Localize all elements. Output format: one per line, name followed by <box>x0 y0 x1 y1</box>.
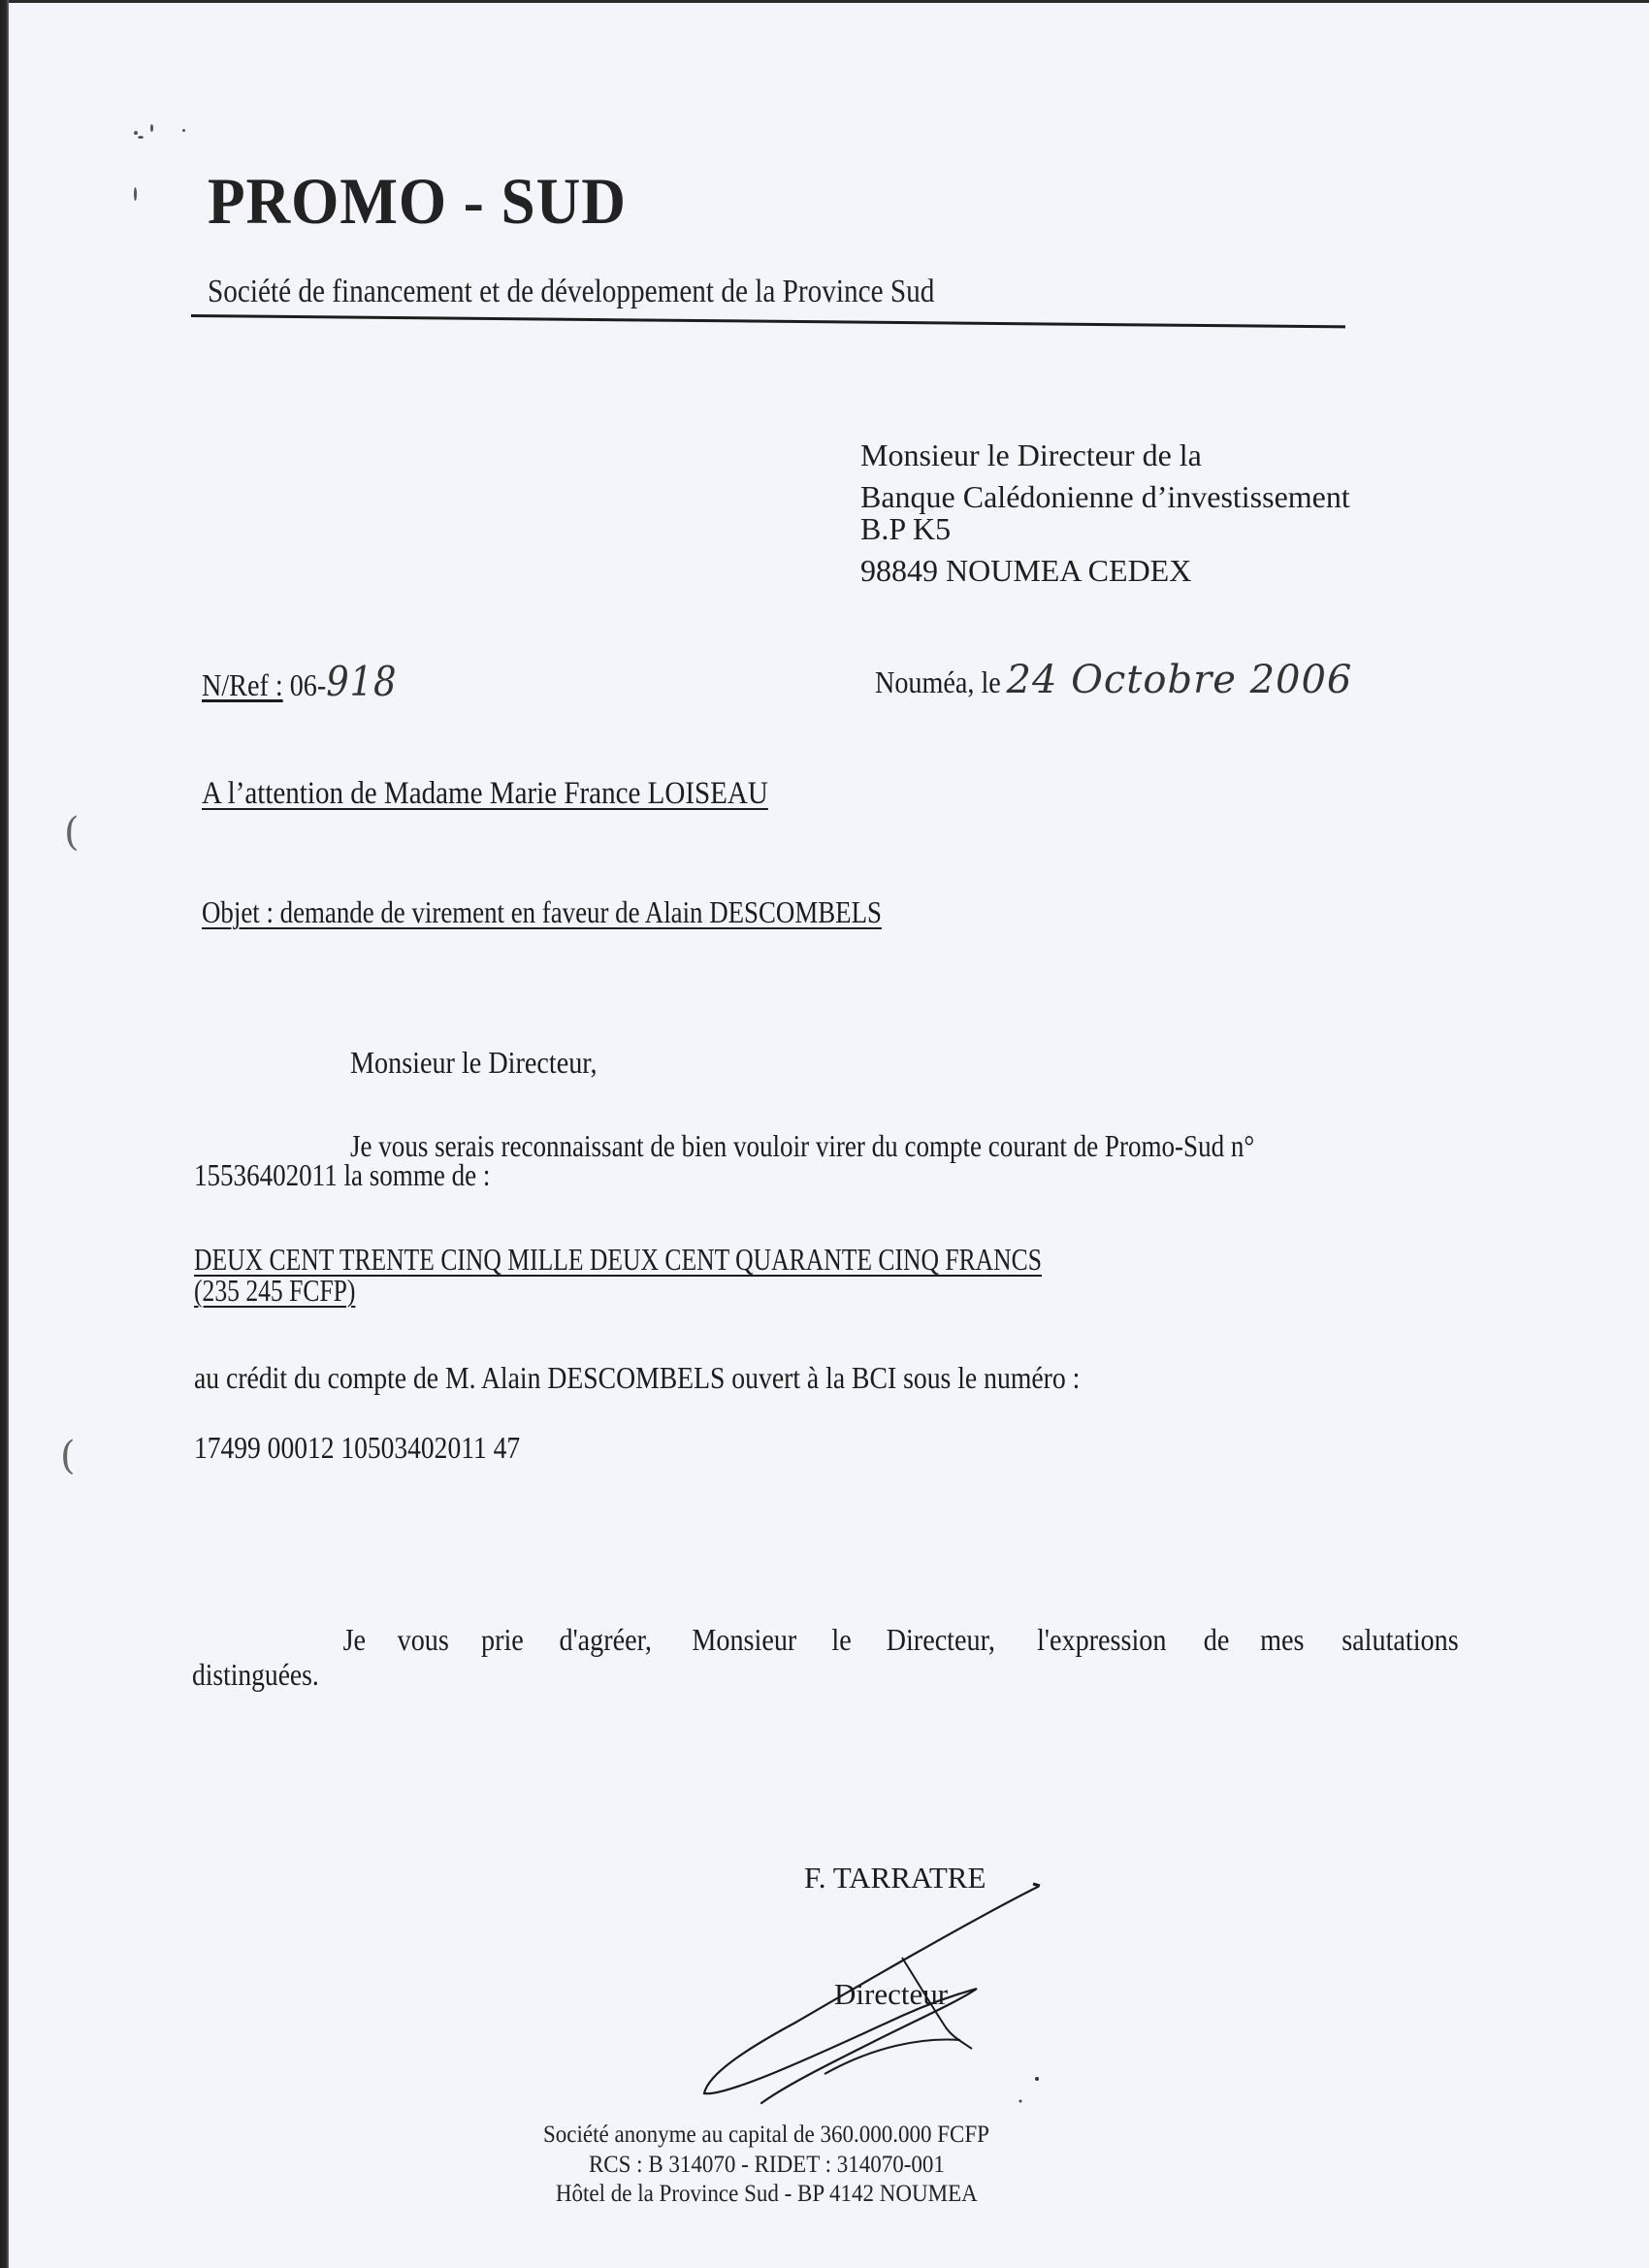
closing-word: Je <box>343 1622 366 1658</box>
date-prefix: Nouméa, le <box>875 664 1001 700</box>
company-name: PROMO - SUD <box>208 163 627 240</box>
company-tagline: Société de financement et de développeme… <box>208 274 934 310</box>
amount-in-figures: (235 245 FCFP) <box>194 1273 355 1309</box>
beneficiary-account-number: 17499 00012 10503402011 47 <box>194 1430 520 1466</box>
recipient-line: Banque Calédonienne d’investissement <box>860 479 1350 515</box>
closing-word: d'agréer, <box>560 1622 652 1658</box>
scan-speck <box>134 187 137 201</box>
date-line: Nouméa, le24 Octobre 2006 <box>875 658 1352 702</box>
margin-bracket-mark: ( <box>64 810 80 855</box>
scan-border-top <box>0 0 1649 3</box>
footer-line: RCS : B 314070 - RIDET : 314070-001 <box>0 2152 1533 2179</box>
salutation: Monsieur le Directeur, <box>350 1045 598 1081</box>
scan-speck <box>150 124 153 132</box>
reference-prefix: 06- <box>283 667 327 702</box>
closing-word: l'expression <box>1038 1622 1167 1658</box>
closing-word: Directeur, <box>886 1622 994 1658</box>
reference-handwritten-number: 918 <box>326 658 397 705</box>
attention-line: A l’attention de Madame Marie France LOI… <box>202 776 768 812</box>
closing-line: Jevouspried'agréer,MonsieurleDirecteur,l… <box>341 1622 1467 1658</box>
scan-speck <box>134 131 138 135</box>
footer-capital: Société anonyme au capital de 360.000.00… <box>543 2122 989 2149</box>
scan-speck <box>182 129 185 132</box>
recipient-line: 98849 NOUMEA CEDEX <box>860 553 1191 589</box>
handwritten-signature <box>679 1843 1115 2163</box>
closing-word: Monsieur <box>692 1622 796 1658</box>
footer-registration: RCS : B 314070 - RIDET : 314070-001 <box>589 2152 945 2179</box>
credit-line: au crédit du compte de M. Alain DESCOMBE… <box>194 1360 1080 1396</box>
header-rule <box>191 314 1345 328</box>
closing-word: salutations <box>1342 1622 1458 1658</box>
closing-word: mes <box>1260 1622 1304 1658</box>
subject-line: Objet : demande de virement en faveur de… <box>202 894 882 930</box>
margin-bracket-mark: ( <box>60 1434 76 1478</box>
closing-word: de <box>1204 1622 1230 1658</box>
reference: N/Ref : 06-918 <box>202 658 397 705</box>
closing-word: vous <box>397 1622 448 1658</box>
reference-label: N/Ref : <box>202 667 283 702</box>
footer-line: Hôtel de la Province Sud - BP 4142 NOUME… <box>0 2181 1533 2208</box>
scan-border-left <box>0 0 9 2268</box>
closing-word: le <box>831 1622 851 1658</box>
recipient-line: B.P K5 <box>860 511 951 547</box>
paragraph-line: 15536402011 la somme de : <box>194 1157 490 1193</box>
closing-word: prie <box>481 1622 524 1658</box>
footer-address: Hôtel de la Province Sud - BP 4142 NOUME… <box>556 2181 978 2208</box>
recipient-line: Monsieur le Directeur de la <box>860 437 1202 473</box>
closing-line: distinguées. <box>192 1657 319 1693</box>
date-handwritten: 24 Octobre 2006 <box>1007 658 1353 702</box>
scan-speck <box>138 136 144 139</box>
footer-line: Société anonyme au capital de 360.000.00… <box>0 2122 1533 2149</box>
